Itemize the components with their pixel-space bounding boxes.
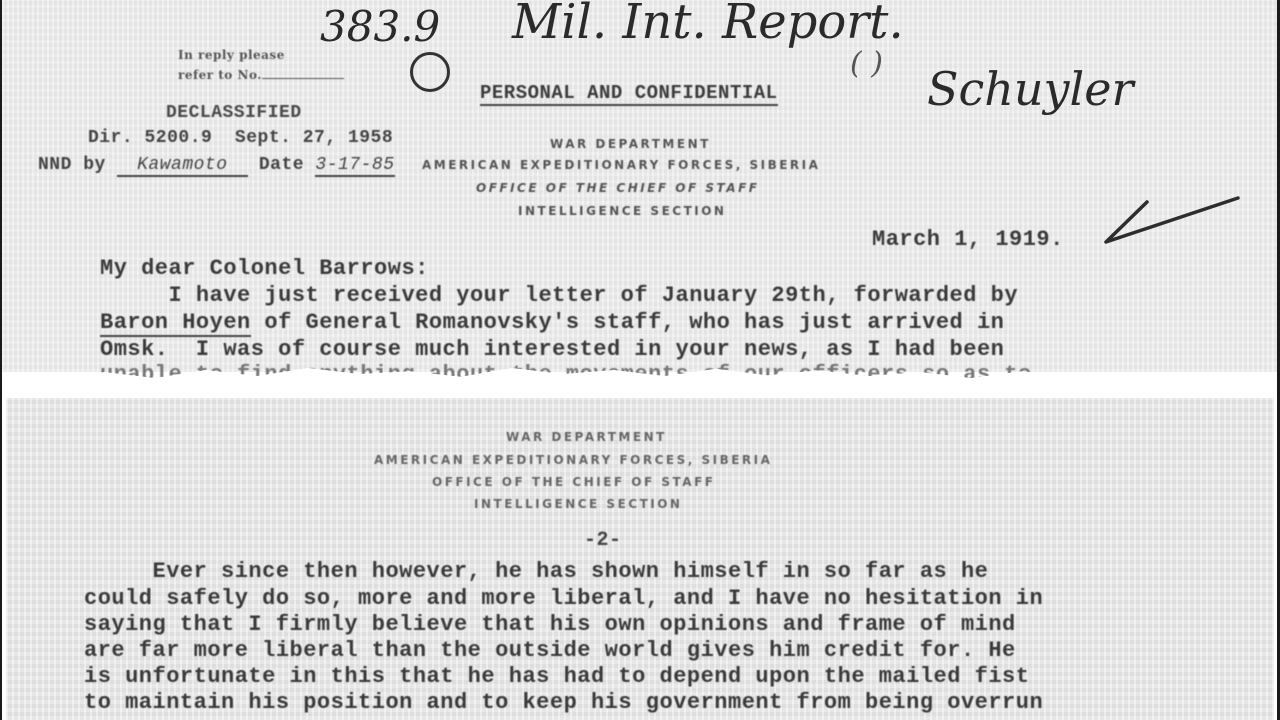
page1-body-line-rest: of General Romanovsky's staff, who has j…	[251, 310, 1005, 335]
letterhead-2-line-3: OFFICE OF THE CHIEF OF STAFF	[432, 475, 715, 489]
check-mark-icon	[1102, 196, 1242, 246]
letterhead-2-line-2: AMERICAN EXPEDITIONARY FORCES, SIBERIA	[374, 453, 772, 467]
letterhead-2-line-4: INTELLIGENCE SECTION	[474, 497, 682, 511]
document-page-1: 383.9 Mil. Int. Report. Schuyler ( ) In …	[2, 0, 1277, 372]
document-page-2: WAR DEPARTMENT AMERICAN EXPEDITIONARY FO…	[6, 398, 1274, 720]
letterhead-1-line-2: AMERICAN EXPEDITIONARY FORCES, SIBERIA	[422, 158, 820, 172]
name-baron-hoyen: Baron Hoyen	[100, 310, 251, 337]
letterhead-1-line-1: WAR DEPARTMENT	[550, 137, 711, 151]
page2-body-line: to maintain his position and to keep his…	[84, 690, 1043, 715]
page2-body-line: are far more liberal than the outside wo…	[84, 638, 1016, 663]
page2-body-line: is unfortunate in this that he has had t…	[84, 664, 1029, 689]
declassified-stamp: DECLASSIFIED	[166, 103, 302, 123]
classification-header: PERSONAL AND CONFIDENTIAL	[480, 82, 778, 106]
page1-body-line: I have just received your letter of Janu…	[100, 283, 1018, 308]
page-number: -2-	[584, 529, 622, 552]
letterhead-1-line-4: INTELLIGENCE SECTION	[518, 204, 726, 218]
handwritten-name: Schuyler	[927, 62, 1133, 116]
reply-line-1: In reply please	[178, 48, 285, 62]
handwritten-circle	[410, 52, 450, 92]
letterhead-2-line-1: WAR DEPARTMENT	[506, 430, 667, 444]
handwritten-subject: Mil. Int. Report.	[512, 0, 904, 50]
letter-date: March 1, 1919.	[872, 227, 1064, 252]
salutation: My dear Colonel Barrows:	[100, 256, 429, 281]
reply-line-2: refer to No.	[178, 68, 344, 82]
handwritten-paren: ( )	[850, 46, 883, 81]
page1-body-line: Baron Hoyen of General Romanovsky's staf…	[100, 310, 1004, 335]
page1-body-line: Omsk. I was of course much interested in…	[100, 337, 1004, 362]
declassification-by-line: NND by Kawamoto Date 3-17-85	[38, 155, 395, 175]
handwritten-file-number: 383.9	[320, 2, 440, 51]
declassification-authority: Dir. 5200.9 Sept. 27, 1958	[88, 128, 393, 148]
page2-body-line: Ever since then however, he has shown hi…	[84, 559, 988, 584]
page2-body-line: could safely do so, more and more libera…	[84, 586, 1043, 611]
letterhead-1-line-3: OFFICE OF THE CHIEF OF STAFF	[476, 181, 759, 195]
page2-body-line: saying that I firmly believe that his ow…	[84, 612, 1016, 637]
